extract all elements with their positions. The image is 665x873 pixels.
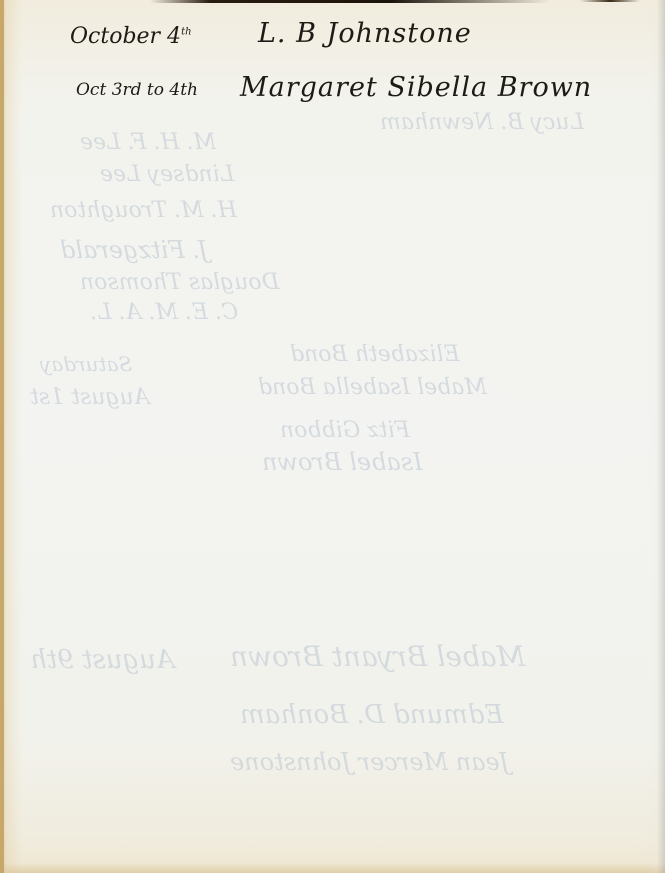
bleed-through-text: J. Fitzgerald xyxy=(60,236,208,264)
page-binding-edge xyxy=(0,0,4,873)
bleed-through-text: Mabel Bryant Brown xyxy=(230,640,525,673)
bleed-through-text: August 9th xyxy=(30,645,175,675)
bleed-through-text: C. E. M. A. L. xyxy=(90,300,238,325)
entry-2-date: Oct 3rd to 4th xyxy=(76,80,198,100)
entry-2-signature: Margaret Sibella Brown xyxy=(240,72,592,103)
entry-1-signature: L. B Johnstone xyxy=(258,18,472,49)
bleed-through-text: Fitz Gibbon xyxy=(280,418,410,443)
bleed-through-text: Jean Mercer Johnstone xyxy=(230,748,509,776)
bleed-through-text: H. M. Troughton xyxy=(50,198,237,223)
bleed-through-text: Elizabeth Bond xyxy=(290,342,460,367)
bleed-through-text: Isabel Brown xyxy=(262,448,423,476)
bleed-through-text: August 1st xyxy=(30,385,150,410)
bleed-through-text: M. H. F. Lee xyxy=(80,130,216,155)
bleed-through-text: Mabel Isabella Bond xyxy=(258,375,487,400)
bleed-through-text: Edmund D. Bonham xyxy=(240,700,504,730)
entry-1-date: October 4th xyxy=(70,24,192,49)
entry-1-date-text: October 4 xyxy=(70,24,181,49)
bleed-through-text: Saturday xyxy=(40,352,132,376)
bleed-through-text: Lindsey Lee xyxy=(100,162,234,187)
top-edge-shadow xyxy=(150,0,550,3)
top-edge-shadow-right xyxy=(580,0,640,2)
bleed-through-text: Lucy B. Newnham xyxy=(380,110,584,135)
entry-1-date-suffix: th xyxy=(181,27,191,38)
guestbook-page: Lucy B. NewnhamM. H. F. LeeLindsey LeeH.… xyxy=(0,0,665,873)
bleed-through-text: Douglas Thomson xyxy=(80,270,279,295)
